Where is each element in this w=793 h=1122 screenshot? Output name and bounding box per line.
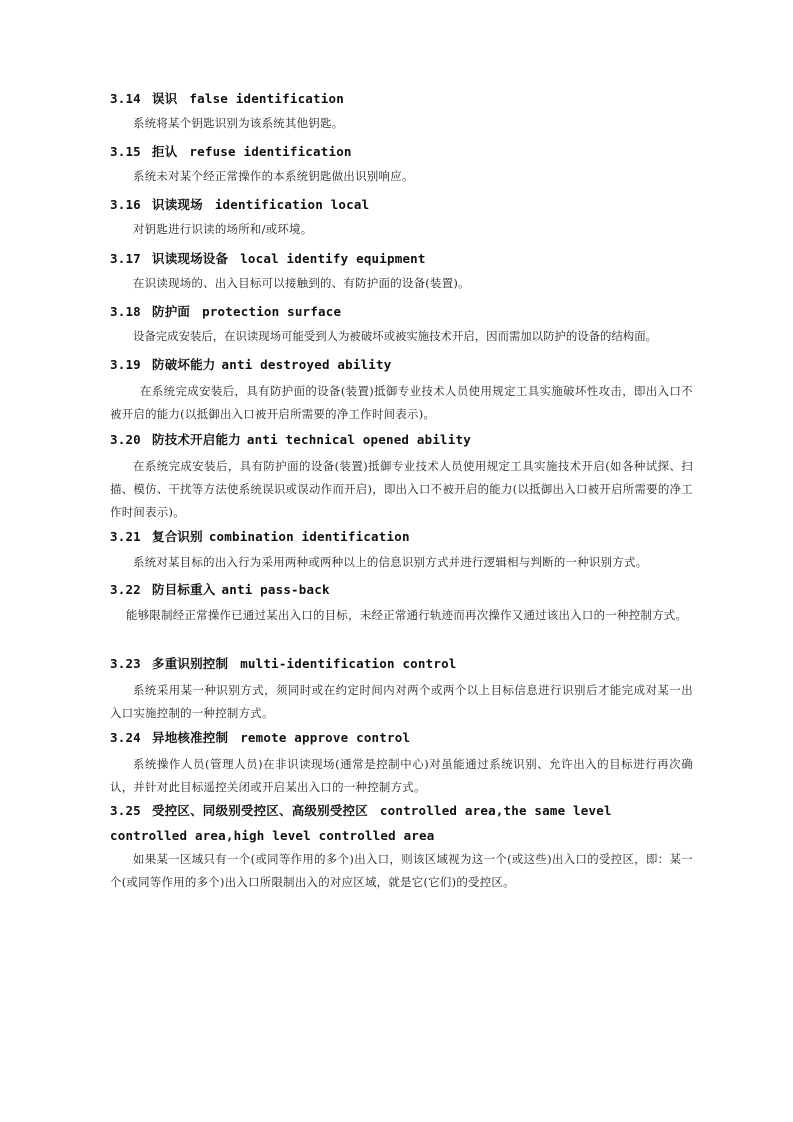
term-en: refuse identification — [189, 144, 351, 159]
term-heading: 3.14误识false identification — [110, 88, 693, 110]
term-heading: 3.16识读现场identification local — [110, 194, 693, 216]
term-zh: 防破坏能力 — [152, 357, 216, 372]
term-number: 3.18 — [110, 301, 152, 323]
term-heading: 3.25受控区、同级别受控区、高级别受控区controlled area,the… — [110, 798, 693, 848]
term-zh: 多重识别控制 — [152, 656, 228, 671]
term-definition: 能够限制经正常操作已通过某出入口的目标，未经正常通行轨迹而再次操作又通过该出入口… — [110, 604, 693, 627]
term-zh: 拒认 — [152, 144, 177, 159]
term-heading: 3.19防破坏能力anti destroyed ability — [110, 354, 693, 376]
term-3-15: 3.15拒认refuse identification 系统未对某个经正常操作的… — [110, 141, 693, 188]
term-heading: 3.17识读现场设备local identify equipment — [110, 248, 693, 270]
term-definition: 系统未对某个经正常操作的本系统钥匙做出识别响应。 — [110, 165, 693, 188]
term-number: 3.16 — [110, 194, 152, 216]
term-heading: 3.15拒认refuse identification — [110, 141, 693, 163]
term-en: anti technical opened ability — [247, 432, 471, 447]
term-definition: 对钥匙进行识读的场所和/或环境。 — [110, 218, 693, 241]
term-3-17: 3.17识读现场设备local identify equipment 在识读现场… — [110, 248, 693, 295]
term-definition: 系统将某个钥匙识别为该系统其他钥匙。 — [110, 112, 693, 135]
term-heading: 3.23多重识别控制multi-identification control — [110, 653, 693, 675]
term-number: 3.19 — [110, 354, 152, 376]
term-number: 3.20 — [110, 429, 152, 451]
term-zh: 异地核准控制 — [152, 730, 228, 745]
term-definition: 在系统完成安装后，具有防护面的设备(装置)抵御专业技术人员使用规定工具实施技术开… — [110, 455, 693, 524]
term-3-20: 3.20防技术开启能力anti technical opened ability… — [110, 429, 693, 524]
term-3-19: 3.19防破坏能力anti destroyed ability 在系统完成安装后… — [110, 354, 693, 426]
term-heading: 3.22防目标重入anti pass-back — [110, 579, 693, 601]
term-number: 3.14 — [110, 88, 152, 110]
term-en: local identify equipment — [240, 251, 425, 266]
term-heading: 3.18防护面protection surface — [110, 301, 693, 323]
term-3-14: 3.14误识false identification 系统将某个钥匙识别为该系统… — [110, 88, 693, 135]
term-3-18: 3.18防护面protection surface 设备完成安装后，在识读现场可… — [110, 301, 693, 348]
term-3-16: 3.16识读现场identification local 对钥匙进行识读的场所和… — [110, 194, 693, 241]
term-zh: 复合识别 — [152, 529, 203, 544]
term-en: identification local — [215, 197, 370, 212]
term-en: anti destroyed ability — [222, 357, 392, 372]
term-definition: 在系统完成安装后，具有防护面的设备(装置)抵御专业技术人员使用规定工具实施破坏性… — [110, 380, 693, 426]
term-number: 3.25 — [110, 798, 152, 823]
term-zh: 受控区、同级别受控区、高级别受控区 — [152, 803, 368, 818]
term-zh: 防技术开启能力 — [152, 432, 241, 447]
term-zh: 防目标重入 — [152, 582, 216, 597]
term-heading: 3.24异地核准控制remote approve control — [110, 727, 693, 749]
term-en: anti pass-back — [222, 582, 330, 597]
term-zh: 识读现场设备 — [152, 251, 228, 266]
term-definition: 系统采用某一种识别方式，须同时或在约定时间内对两个或两个以上目标信息进行识别后才… — [110, 679, 693, 725]
term-3-23: 3.23多重识别控制multi-identification control 系… — [110, 653, 693, 725]
term-3-21: 3.21复合识别combination identification 系统对某目… — [110, 526, 693, 574]
term-en: combination identification — [209, 529, 410, 544]
term-definition: 系统对某目标的出入行为采用两种或两种以上的信息识别方式并进行逻辑相与判断的一种识… — [110, 551, 693, 574]
term-number: 3.15 — [110, 141, 152, 163]
term-number: 3.24 — [110, 727, 152, 749]
term-zh: 防护面 — [152, 304, 190, 319]
term-3-24: 3.24异地核准控制remote approve control 系统操作人员(… — [110, 727, 693, 799]
term-definition: 系统操作人员(管理人员)在非识读现场(通常是控制中心)对虽能通过系统识别、允许出… — [110, 753, 693, 799]
term-zh: 误识 — [152, 91, 177, 106]
term-heading: 3.20防技术开启能力anti technical opened ability — [110, 429, 693, 451]
term-number: 3.17 — [110, 248, 152, 270]
term-3-25: 3.25受控区、同级别受控区、高级别受控区controlled area,the… — [110, 798, 693, 894]
term-definition: 如果某一区域只有一个(或同等作用的多个)出入口，则该区域视为这一个(或这些)出入… — [110, 848, 693, 894]
term-en: remote approve control — [240, 730, 410, 745]
term-definition: 在识读现场的、出入目标可以接触到的、有防护面的设备(装置)。 — [110, 272, 693, 295]
term-number: 3.21 — [110, 526, 152, 548]
term-zh: 识读现场 — [152, 197, 203, 212]
term-number: 3.22 — [110, 579, 152, 601]
term-en: protection surface — [202, 304, 341, 319]
document-page: 3.14误识false identification 系统将某个钥匙识别为该系统… — [0, 0, 793, 1122]
term-number: 3.23 — [110, 653, 152, 675]
term-en: multi-identification control — [240, 656, 456, 671]
term-definition: 设备完成安装后，在识读现场可能受到人为被破坏或被实施技术开启，因而需加以防护的设… — [110, 325, 693, 348]
term-heading: 3.21复合识别combination identification — [110, 526, 693, 548]
term-en: false identification — [189, 91, 344, 106]
term-3-22: 3.22防目标重入anti pass-back 能够限制经正常操作已通过某出入口… — [110, 579, 693, 627]
